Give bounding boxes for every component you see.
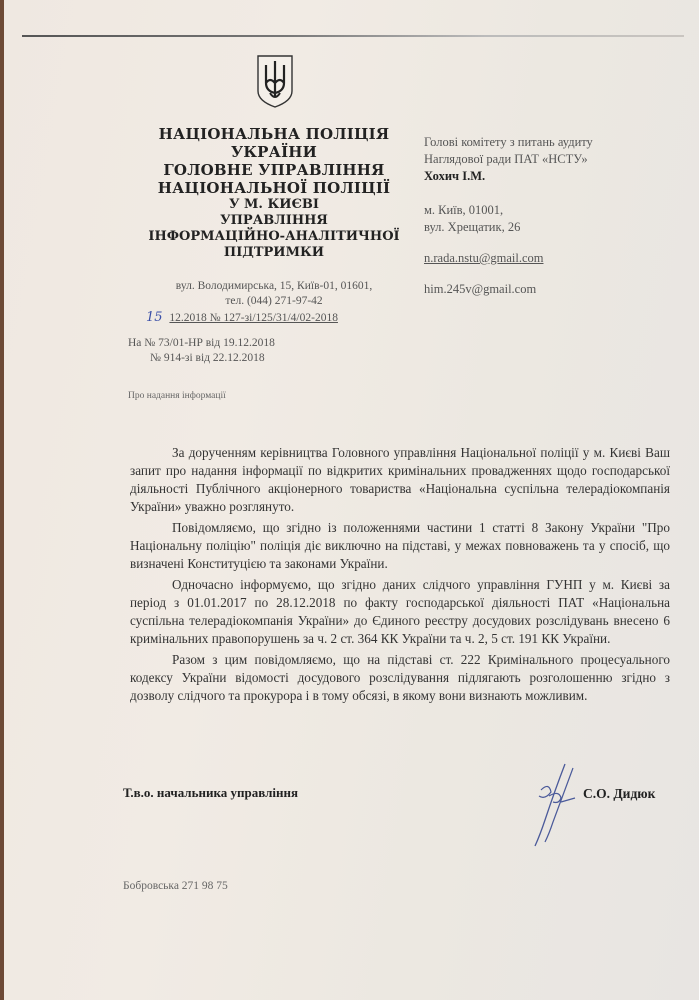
org-line: НАЦІОНАЛЬНА ПОЛІЦІЯ — [138, 125, 410, 143]
reference-1: На № 73/01-НР від 19.12.2018 — [128, 336, 275, 351]
letter-body: За дорученням керівництва Головного упра… — [130, 444, 670, 708]
org-line: НАЦІОНАЛЬНОЇ ПОЛІЦІЇ — [138, 179, 410, 197]
reference-numbers: На № 73/01-НР від 19.12.2018 № 914-зі ві… — [128, 336, 275, 366]
org-line: УКРАЇНИ — [138, 143, 410, 161]
handwritten-signature-icon — [515, 760, 585, 850]
org-line: ГОЛОВНЕ УПРАВЛІННЯ — [138, 161, 410, 179]
signatory-name: С.О. Дидюк — [583, 786, 655, 802]
signatory-title: Т.в.о. начальника управління — [123, 785, 298, 801]
recipient-email: him.245v@gmail.com — [424, 281, 593, 298]
top-rule-divider — [22, 35, 684, 37]
body-paragraph: Повідомляємо, що згідно із положеннями ч… — [130, 519, 670, 573]
recipient-email-link[interactable]: n.rada.nstu@gmail.com — [424, 250, 593, 267]
org-line: ІНФОРМАЦІЙНО-АНАЛІТИЧНОЇ — [138, 229, 410, 245]
handwritten-day: 15 — [146, 310, 163, 325]
org-line: ПІДТРИМКИ — [138, 245, 410, 261]
org-line: УПРАВЛІННЯ — [138, 213, 410, 229]
recipient-line: Голові комітету з питань аудиту — [424, 134, 593, 151]
ukraine-coat-of-arms-icon — [255, 53, 295, 109]
photo-edge — [0, 0, 4, 1000]
outgoing-number-text: 12.2018 № 127-зі/125/31/4/02-2018 — [169, 312, 338, 324]
body-paragraph: За дорученням керівництва Головного упра… — [130, 444, 670, 516]
letter-subject: Про надання інформації — [128, 391, 226, 401]
recipient-line: Наглядової ради ПАТ «НСТУ» — [424, 151, 593, 168]
recipient-name: Хохич І.М. — [424, 168, 593, 185]
org-line: У М. КИЄВІ — [138, 197, 410, 213]
recipient-street: вул. Хрещатик, 26 — [424, 219, 593, 236]
sender-address: вул. Володимирська, 15, Київ-01, 01601, … — [140, 279, 408, 309]
recipient-city: м. Київ, 01001, — [424, 202, 593, 219]
sender-phone: тел. (044) 271-97-42 — [140, 294, 408, 309]
body-paragraph: Разом з цим повідомляємо, що на підставі… — [130, 651, 670, 705]
sender-street: вул. Володимирська, 15, Київ-01, 01601, — [140, 279, 408, 294]
recipient-block: Голові комітету з питань аудиту Наглядов… — [424, 134, 593, 298]
body-paragraph: Одночасно інформуємо, що згідно даних сл… — [130, 576, 670, 648]
organization-header: НАЦІОНАЛЬНА ПОЛІЦІЯ УКРАЇНИ ГОЛОВНЕ УПРА… — [138, 125, 410, 261]
outgoing-number: 15 12.2018 № 127-зі/125/31/4/02-2018 — [146, 310, 338, 325]
executor-contact: Бобровська 271 98 75 — [123, 880, 228, 892]
reference-2: № 914-зі від 22.12.2018 — [128, 351, 275, 366]
